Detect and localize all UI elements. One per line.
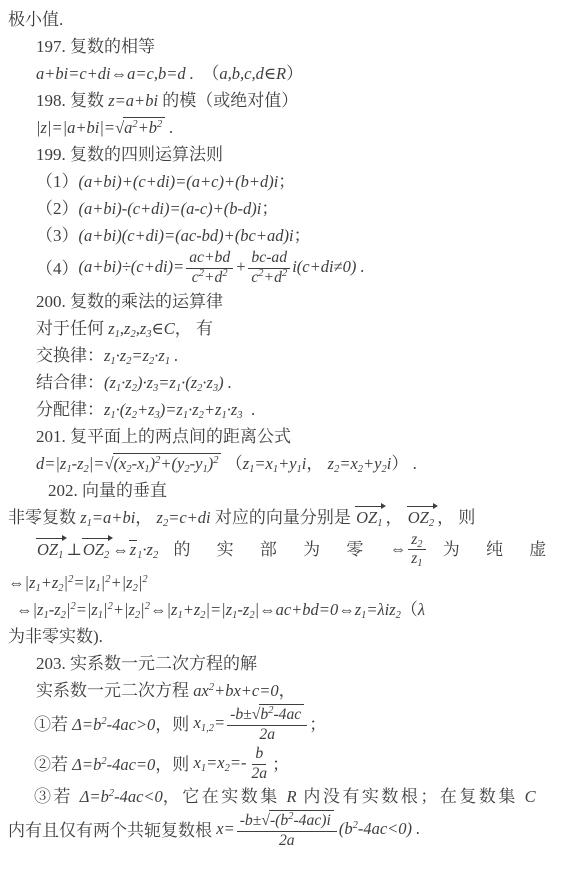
vector-arrow: OZ2 [407, 506, 437, 527]
heading-202: 202. 向量的垂直 [8, 477, 556, 504]
text-run: ； [294, 222, 311, 249]
text-run: 200. 复数的乘法的运算律 [36, 288, 223, 315]
text-run: ，它在实数集 [163, 783, 287, 810]
text-run: ， [306, 450, 327, 477]
conjugate-bar: z [129, 540, 137, 560]
text-run: 199. 复数的四则运算法则 [36, 141, 223, 168]
math-run: z1=a+bi [80, 504, 135, 531]
line-203-case2: ②若 Δ=b2-4ac=0，则 x1=x2=-b2a； [8, 745, 556, 784]
line-202-setup: 非零复数 z1=a+bi， z2=c+di 对应的向量分别是 OZ1， OZ2，… [8, 504, 556, 531]
math-run: d=|z1-z2|=√(x2-x1)2+(y2-y1)2 [36, 450, 221, 477]
math-run: C [525, 783, 536, 810]
math-run: z1=x1+y1i [243, 450, 307, 477]
math-run: x=-b±√-(b2-4ac)i2a(b2-4ac<0) . [216, 810, 420, 851]
formula-199-2: （2）(a+bi)-(c+di)=(a-c)+(b-d)i； [8, 195, 556, 222]
document-page: 极小值.197. 复数的相等a+bi=c+di⇔a=c,b=d . （a,b,c… [0, 0, 562, 882]
fraction: -b±√-(b2-4ac)i2a [237, 810, 337, 851]
line-202-perp: OZ1⊥OZ2⇔z1·z2 的 实 部 为 零 ⇔z2z1 为 纯 虚 数 [8, 531, 556, 570]
text-run: 交换律： [36, 342, 104, 369]
heading-199: 199. 复数的四则运算法则 [8, 141, 556, 168]
math-run: ⇔|z1-z2|2=|z1|2+|z2|2⇔|z1+z2|=|z1-z2|⇔ac… [16, 596, 401, 623]
vector-arrow: OZ1 [36, 538, 66, 559]
math-run: ⇔|z1+z2|2=|z1|2+|z2|2 [8, 569, 148, 596]
math-run: x1=x2=-b2a [194, 745, 273, 784]
text-run: 极小值. [8, 6, 63, 33]
sqrt-radical: √b2-4ac [252, 706, 305, 723]
text-run: 对应的向量分别是 [211, 504, 356, 531]
math-run: (a+bi)+(c+di)=(a+c)+(b+d)i [79, 168, 279, 195]
text-run: 内有且仅有两个共轭复数根 [8, 817, 216, 844]
text-run: （4） [36, 255, 79, 282]
sqrt-radical: √-(b2-4ac)i [261, 812, 334, 829]
line-200-distributive: 分配律：z1·(z2+z3)=z1·z2+z1·z3 . [8, 396, 556, 423]
text-run: . [243, 396, 256, 423]
math-run: ax2+bx+c=0 [193, 677, 278, 704]
line-202-eq2: ⇔|z1-z2|2=|z1|2+|z2|2⇔|z1+z2|=|z1-z2|⇔ac… [8, 596, 556, 623]
math-run: Δ=b2-4ac<0 [80, 783, 163, 810]
text-run: （ [221, 450, 242, 477]
text-run: 分配律： [36, 396, 104, 423]
math-run: λ [418, 596, 425, 623]
text-run: 197. 复数的相等 [36, 33, 155, 60]
vector-arrow: OZ1 [355, 506, 385, 527]
math-run: x1,2=-b±√b2-4ac2a [194, 704, 310, 745]
text-run: 结合律： [36, 369, 104, 396]
text-run: ； [278, 168, 295, 195]
formula-201: d=|z1-z2|=√(x2-x1)2+(y2-y1)2 （z1=x1+y1i，… [8, 450, 556, 477]
math-run: a,b,c,d∈R [219, 60, 286, 87]
line-202-eq2-cont: 为非零实数). [8, 623, 556, 650]
text-run: 内没有实数根；在复数集 [297, 783, 525, 810]
formula-199-4: （4）(a+bi)÷(c+di)=ac+bdc2+d2+bc-adc2+d2i(… [8, 249, 556, 288]
fraction: bc-adc2+d2 [248, 249, 290, 288]
fraction: b2a [248, 745, 270, 784]
text-run: 201. 复平面上的两点间的距离公式 [36, 423, 291, 450]
math-run: z=a+bi [108, 87, 158, 114]
math-run: |z|=|a+bi|=√a2+b2 . [36, 114, 174, 141]
text-run: ③若 [34, 783, 80, 810]
text-run: ； [261, 195, 278, 222]
text-run: 为非零实数). [8, 623, 103, 650]
math-run: Δ=b2-4ac=0 [72, 751, 155, 778]
text-run: ； [272, 751, 289, 778]
line-202-eq1: ⇔|z1+z2|2=|z1|2+|z2|2 [8, 569, 556, 596]
text-run: （ [194, 60, 220, 87]
math-run: R [287, 783, 297, 810]
heading-201: 201. 复平面上的两点间的距离公式 [8, 423, 556, 450]
text-run: ， [279, 677, 296, 704]
text-run: ； [309, 711, 326, 738]
math-run: Δ=b2-4ac>0 [72, 711, 155, 738]
math-run: (a+bi)(c+di)=(ac-bd)+(bc+ad)i [79, 222, 294, 249]
text-run: 非零复数 [8, 504, 80, 531]
text-run: ①若 [34, 711, 72, 738]
text-run: ） [286, 60, 303, 87]
math-run: OZ1 [355, 504, 385, 531]
text-run: 的模（或绝对值） [158, 87, 298, 114]
text-run: ） . [391, 450, 417, 477]
text-run: ②若 [34, 751, 72, 778]
formula-199-1: （1）(a+bi)+(c+di)=(a+c)+(b+d)i； [8, 168, 556, 195]
text-run: 203. 实系数一元二次方程的解 [36, 650, 257, 677]
text-run: ，则 [155, 711, 193, 738]
line-203-equation: 实系数一元二次方程 ax2+bx+c=0， [8, 677, 556, 704]
math-run: OZ2 [407, 504, 437, 531]
text-run: ， [385, 504, 406, 531]
text-run: 202. 向量的垂直 [48, 477, 167, 504]
formula-197: a+bi=c+di⇔a=c,b=d . （a,b,c,d∈R） [8, 60, 556, 87]
math-run: (z1·z2)·z3=z1·(z2·z3) . [104, 369, 232, 396]
line-200-forall: 对于任何 z1,z2,z3∈C， 有 [8, 315, 556, 342]
sqrt-radical: √a2+b2 [115, 118, 165, 137]
formula-198: |z|=|a+bi|=√a2+b2 . [8, 114, 556, 141]
text-run: 实系数一元二次方程 [36, 677, 193, 704]
fraction: -b±√b2-4ac2a [227, 704, 307, 745]
text-run: ，则 [155, 751, 193, 778]
line-extreme-min: 极小值. [8, 6, 556, 33]
text-run: 对于任何 [36, 315, 108, 342]
math-run: ⇔z2z1 [390, 531, 428, 570]
math-run: OZ1⊥OZ2⇔z1·z2 [36, 536, 158, 563]
line-200-commutative: 交换律：z1·z2=z2·z1 . [8, 342, 556, 369]
math-run: z1·z2=z2·z1 . [104, 342, 178, 369]
math-run: (a+bi)÷(c+di)=ac+bdc2+d2+bc-adc2+d2i(c+d… [79, 249, 365, 288]
text-run: ， 则 [437, 504, 475, 531]
text-run: 为 纯 虚 数 [428, 536, 562, 563]
sqrt-radical: √(x2-x1)2+(y2-y1)2 [104, 454, 221, 473]
heading-198: 198. 复数 z=a+bi 的模（或绝对值） [8, 87, 556, 114]
math-run: z1,z2,z3∈C [108, 315, 175, 342]
math-run: z2=c+di [157, 504, 211, 531]
line-203-case3-cont: 内有且仅有两个共轭复数根 x=-b±√-(b2-4ac)i2a(b2-4ac<0… [8, 810, 556, 851]
heading-200: 200. 复数的乘法的运算律 [8, 288, 556, 315]
text-run: ， 有 [175, 315, 213, 342]
text-run: （2） [36, 195, 79, 222]
heading-203: 203. 实系数一元二次方程的解 [8, 650, 556, 677]
math-run: z1·(z2+z3)=z1·z2+z1·z3 [104, 396, 243, 423]
text-run: （ [401, 596, 418, 623]
line-203-case3: ③若 Δ=b2-4ac<0，它在实数集 R 内没有实数根；在复数集 C [8, 783, 556, 810]
text-run: 198. 复数 [36, 87, 108, 114]
fraction: z2z1 [408, 531, 425, 570]
text-run: 的 实 部 为 零 [158, 536, 390, 563]
line-203-case1: ①若 Δ=b2-4ac>0，则 x1,2=-b±√b2-4ac2a； [8, 704, 556, 745]
heading-197: 197. 复数的相等 [8, 33, 556, 60]
formula-199-3: （3）(a+bi)(c+di)=(ac-bd)+(bc+ad)i； [8, 222, 556, 249]
line-200-associative: 结合律：(z1·z2)·z3=z1·(z2·z3) . [8, 369, 556, 396]
text-run: ， [135, 504, 156, 531]
vector-arrow: OZ2 [82, 538, 112, 559]
document-body: 极小值.197. 复数的相等a+bi=c+di⇔a=c,b=d . （a,b,c… [8, 6, 556, 851]
text-run: （3） [36, 222, 79, 249]
math-run: z2=x2+y2i [328, 450, 392, 477]
fraction: ac+bdc2+d2 [186, 249, 233, 288]
math-run: (a+bi)-(c+di)=(a-c)+(b-d)i [79, 195, 262, 222]
math-run: a+bi=c+di⇔a=c,b=d . [36, 60, 194, 87]
text-run: （1） [36, 168, 79, 195]
